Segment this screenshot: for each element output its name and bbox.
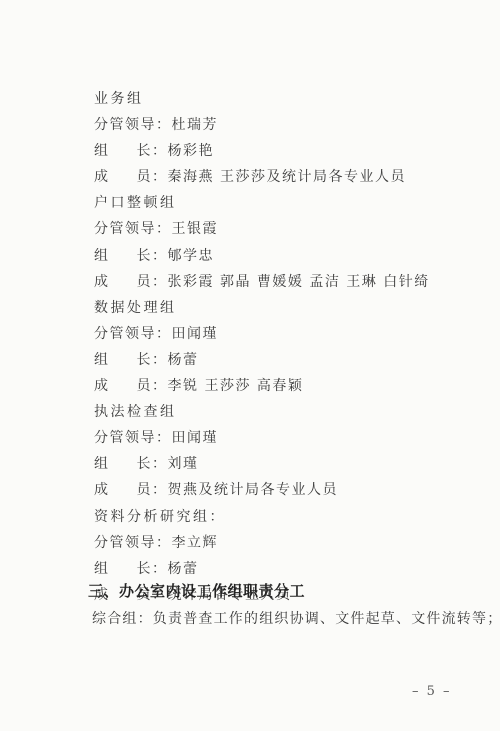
head-label-char: 组 xyxy=(94,243,110,269)
colon: ： xyxy=(156,530,172,556)
colon: ： xyxy=(152,477,168,503)
head-label: 组长 xyxy=(94,347,152,373)
members-names: 秦海燕 王莎莎及统计局各专业人员 xyxy=(168,164,406,190)
head-name: 杨蕾 xyxy=(168,556,199,582)
colon: ： xyxy=(156,321,172,347)
colon: ： xyxy=(152,373,168,399)
leader-label: 分管领导 xyxy=(94,425,156,451)
section-heading: 三、办公室内设工作组职责分工 xyxy=(88,580,305,601)
members-line: 成员：张彩霞 郭晶 曹媛媛 孟洁 王琳 白针绮 xyxy=(94,269,474,295)
leader-name: 杜瑞芳 xyxy=(172,112,219,138)
members-names: 张彩霞 郭晶 曹媛媛 孟洁 王琳 白针绮 xyxy=(168,269,430,295)
leader-line: 分管领导：李立辉 xyxy=(94,530,474,556)
group-title: 户口整顿组 xyxy=(94,190,474,216)
members-label-char: 员 xyxy=(137,269,153,295)
members-label-char: 成 xyxy=(94,164,110,190)
colon: ： xyxy=(152,451,168,477)
members-label-char: 员 xyxy=(137,477,153,503)
members-line: 成员：秦海燕 王莎莎及统计局各专业人员 xyxy=(94,164,474,190)
colon: ： xyxy=(152,138,168,164)
page-number: – 5 – xyxy=(412,684,452,699)
members-label-char: 成 xyxy=(94,477,110,503)
group-list: 业务组 分管领导：杜瑞芳 组长：杨彩艳 成员：秦海燕 王莎莎及统计局各专业人员 … xyxy=(94,86,474,608)
members-label-char: 员 xyxy=(137,164,153,190)
head-label: 组长 xyxy=(94,138,152,164)
members-names: 贺燕及统计局各专业人员 xyxy=(168,477,339,503)
group-title: 执法检查组 xyxy=(94,399,474,425)
colon: ： xyxy=(152,164,168,190)
leader-label: 分管领导 xyxy=(94,530,156,556)
head-label-char: 组 xyxy=(94,451,110,477)
members-label: 成员 xyxy=(94,477,152,503)
leader-line: 分管领导：杜瑞芳 xyxy=(94,112,474,138)
leader-line: 分管领导：田闻瑾 xyxy=(94,321,474,347)
head-label-char: 长 xyxy=(137,347,153,373)
members-label-char: 成 xyxy=(94,373,110,399)
members-label-char: 成 xyxy=(94,269,110,295)
head-label-char: 长 xyxy=(137,556,153,582)
leader-name: 李立辉 xyxy=(172,530,219,556)
members-names: 李锐 王莎莎 高春颖 xyxy=(168,373,304,399)
head-label-char: 长 xyxy=(137,243,153,269)
head-label-char: 长 xyxy=(137,451,153,477)
head-line: 组长：杨蕾 xyxy=(94,347,474,373)
duty-paragraph: 综合组：负责普查工作的组织协调、文件起草、文件流转等； xyxy=(92,608,500,628)
head-line: 组长：杨蕾 xyxy=(94,556,474,582)
members-label: 成员 xyxy=(94,269,152,295)
head-label-char: 组 xyxy=(94,347,110,373)
colon: ： xyxy=(156,425,172,451)
leader-name: 王银霞 xyxy=(172,216,219,242)
group-title: 业务组 xyxy=(94,86,474,112)
head-label-char: 组 xyxy=(94,556,110,582)
members-line: 成员：李锐 王莎莎 高春颖 xyxy=(94,373,474,399)
members-label: 成员 xyxy=(94,373,152,399)
leader-line: 分管领导：田闻瑾 xyxy=(94,425,474,451)
leader-name: 田闻瑾 xyxy=(172,425,219,451)
members-line: 成员：贺燕及统计局各专业人员 xyxy=(94,477,474,503)
head-label: 组长 xyxy=(94,556,152,582)
group-title: 数据处理组 xyxy=(94,295,474,321)
leader-label: 分管领导 xyxy=(94,321,156,347)
members-label-char: 员 xyxy=(137,373,153,399)
colon: ： xyxy=(156,216,172,242)
colon: ： xyxy=(152,243,168,269)
head-label-char: 长 xyxy=(137,138,153,164)
head-line: 组长：刘瑾 xyxy=(94,451,474,477)
colon: ： xyxy=(152,556,168,582)
members-label: 成员 xyxy=(94,164,152,190)
colon: ： xyxy=(152,269,168,295)
head-name: 杨蕾 xyxy=(168,347,199,373)
head-line: 组长：郇学忠 xyxy=(94,243,474,269)
leader-label: 分管领导 xyxy=(94,112,156,138)
head-name: 郇学忠 xyxy=(168,243,215,269)
document-page: 业务组 分管领导：杜瑞芳 组长：杨彩艳 成员：秦海燕 王莎莎及统计局各专业人员 … xyxy=(0,0,500,731)
leader-line: 分管领导：王银霞 xyxy=(94,216,474,242)
colon: ： xyxy=(152,347,168,373)
head-label-char: 组 xyxy=(94,138,110,164)
group-title: 资料分析研究组： xyxy=(94,504,474,530)
head-name: 杨彩艳 xyxy=(168,138,215,164)
head-label: 组长 xyxy=(94,243,152,269)
colon: ： xyxy=(156,112,172,138)
leader-name: 田闻瑾 xyxy=(172,321,219,347)
head-line: 组长：杨彩艳 xyxy=(94,138,474,164)
leader-label: 分管领导 xyxy=(94,216,156,242)
head-label: 组长 xyxy=(94,451,152,477)
head-name: 刘瑾 xyxy=(168,451,199,477)
